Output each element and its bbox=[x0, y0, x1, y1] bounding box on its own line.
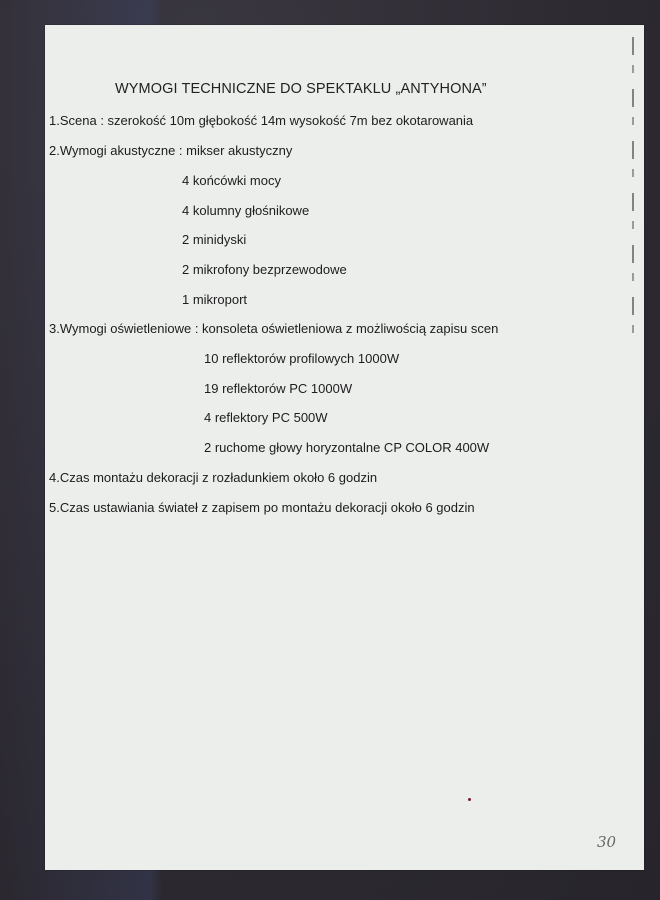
section-5-lighting-time: 5.Czas ustawiania świateł z zapisem po m… bbox=[49, 500, 475, 515]
handwritten-page-number: 30 bbox=[597, 833, 616, 851]
acoustics-item: 2 minidyski bbox=[182, 232, 246, 247]
lighting-item: 10 reflektorów profilowych 1000W bbox=[204, 351, 399, 366]
acoustics-item: 4 końcówki mocy bbox=[182, 173, 281, 188]
ink-speck bbox=[468, 798, 471, 801]
lighting-item: 2 ruchome głowy horyzontalne CP COLOR 40… bbox=[204, 440, 489, 455]
section-4-setup-time: 4.Czas montażu dekoracji z rozładunkiem … bbox=[49, 470, 377, 485]
document-title: WYMOGI TECHNICZNE DO SPEKTAKLU „ANTYHONA… bbox=[115, 81, 487, 97]
section-3-lighting: 3.Wymogi oświetleniowe : konsoleta oświe… bbox=[49, 321, 498, 336]
section-2-acoustics: 2.Wymogi akustyczne : mikser akustyczny bbox=[49, 143, 292, 158]
acoustics-item: 1 mikroport bbox=[182, 292, 247, 307]
lighting-item: 19 reflektorów PC 1000W bbox=[204, 381, 352, 396]
acoustics-item: 4 kolumny głośnikowe bbox=[182, 203, 309, 218]
scan-edge-mark bbox=[632, 37, 634, 337]
section-1-scene: 1.Scena : szerokość 10m głębokość 14m wy… bbox=[49, 113, 473, 128]
lighting-item: 4 reflektory PC 500W bbox=[204, 410, 328, 425]
acoustics-item: 2 mikrofony bezprzewodowe bbox=[182, 262, 347, 277]
document-page: WYMOGI TECHNICZNE DO SPEKTAKLU „ANTYHONA… bbox=[45, 25, 644, 870]
